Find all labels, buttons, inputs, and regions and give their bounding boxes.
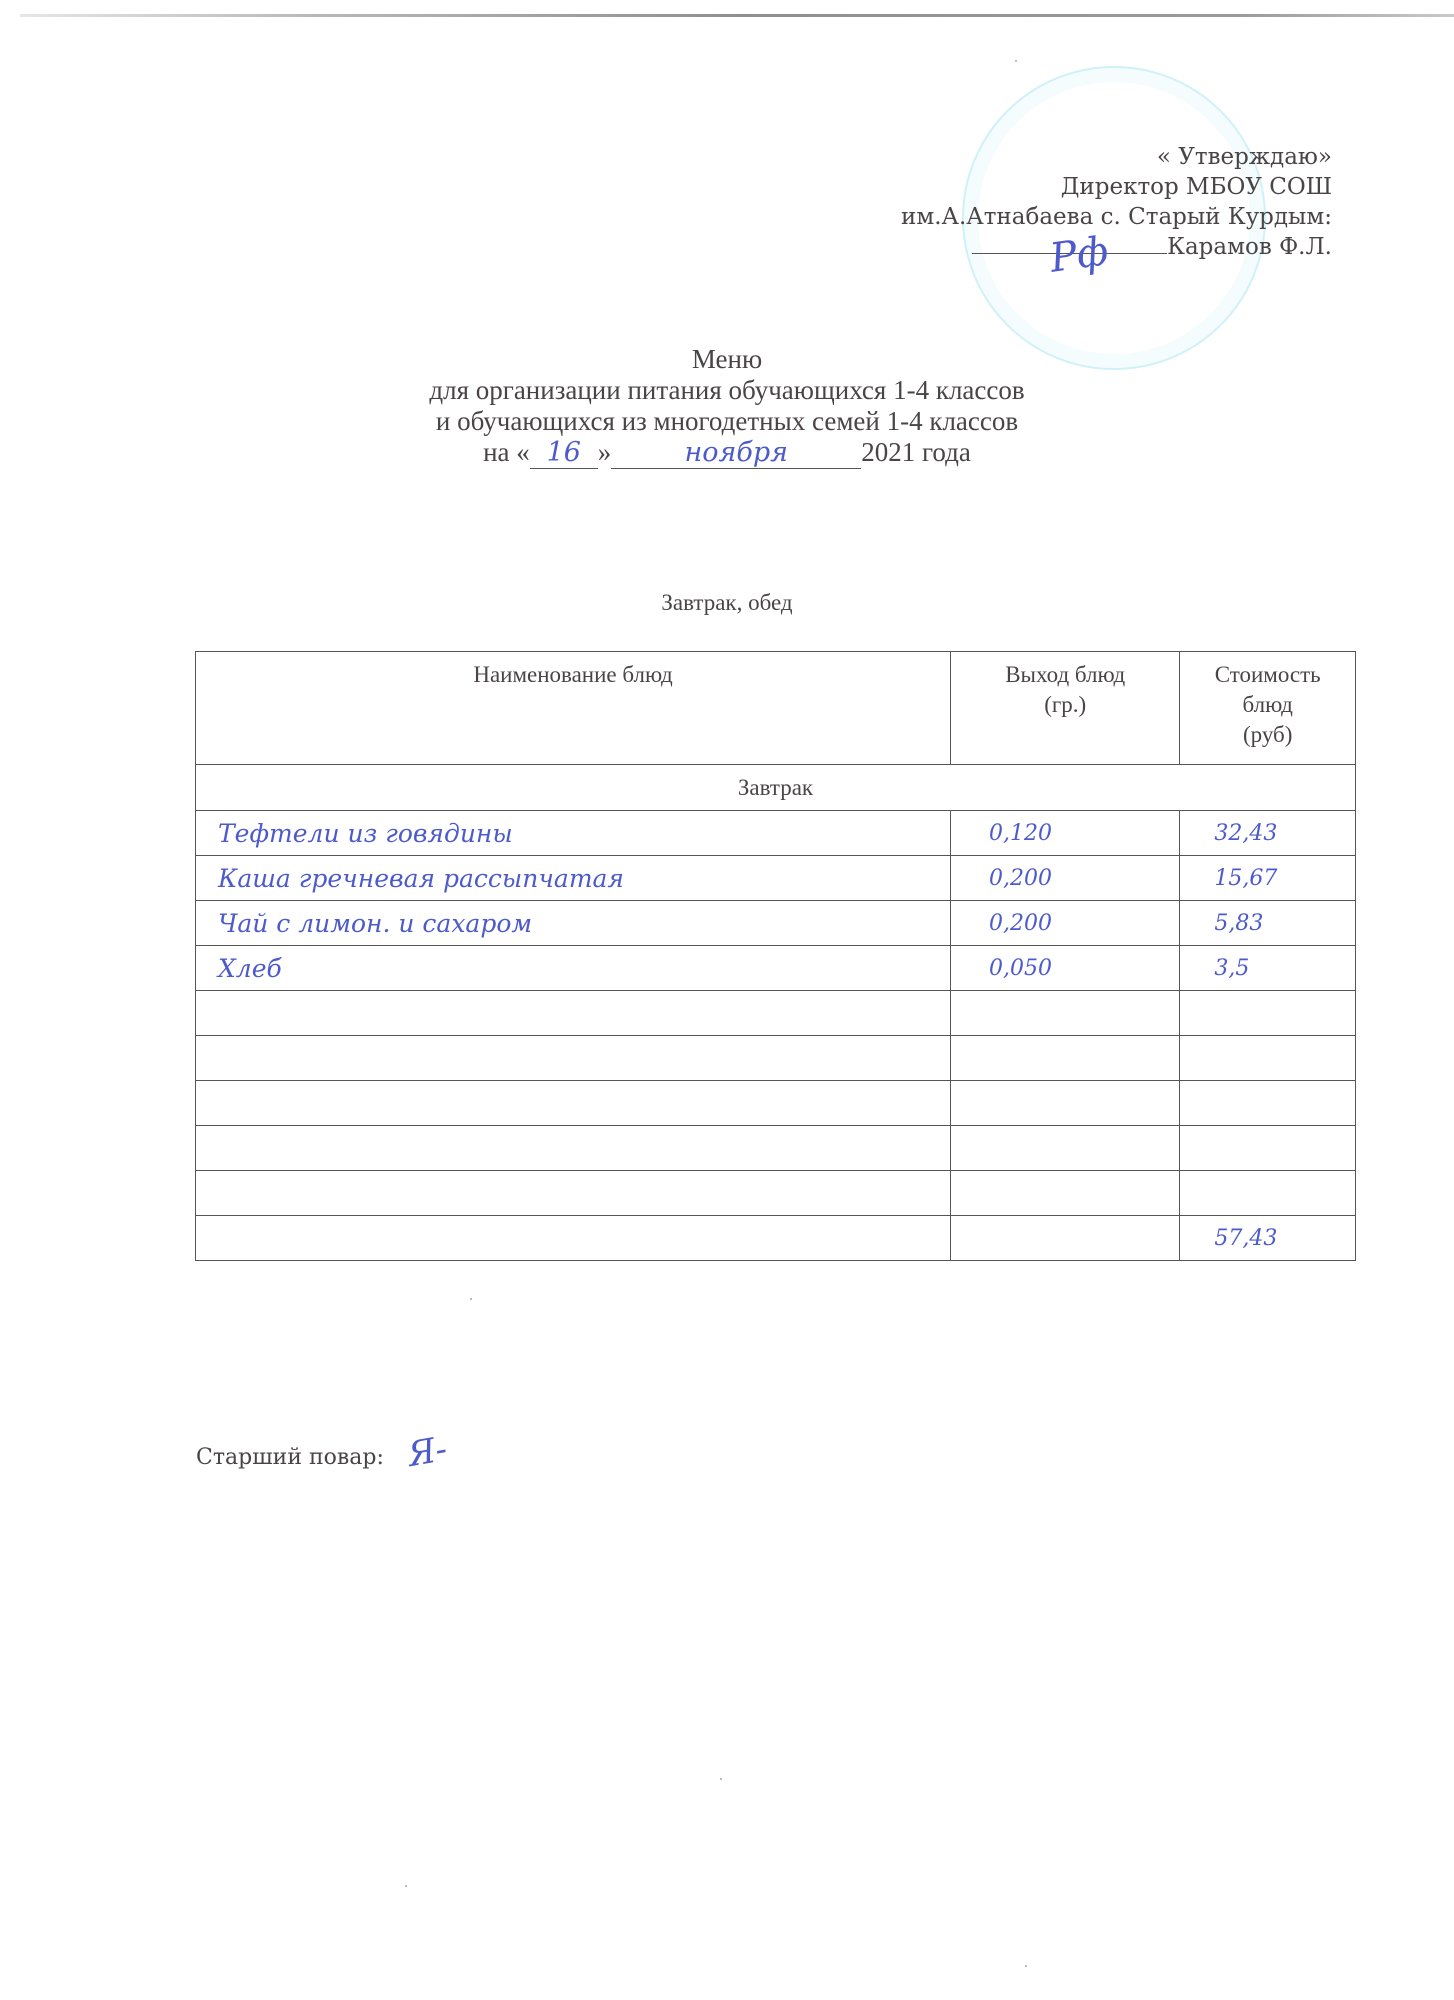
section-row: Завтрак bbox=[196, 765, 1356, 811]
header-dish-name: Наименование блюд bbox=[196, 652, 951, 765]
table-row: Хлеб0,0503,5 bbox=[196, 946, 1356, 991]
date-month: ноября bbox=[611, 437, 861, 469]
price-cell bbox=[1180, 1036, 1356, 1081]
scan-speck bbox=[1015, 60, 1017, 62]
scan-speck bbox=[1025, 1965, 1027, 1967]
approval-position: Директор МБОУ СОШ bbox=[901, 172, 1332, 202]
price-cell bbox=[1180, 1126, 1356, 1171]
dish-name-cell: Каша гречневая рассыпчатая bbox=[196, 856, 951, 901]
scan-speck bbox=[720, 1778, 722, 1780]
yield-cell: 0,200 bbox=[951, 856, 1180, 901]
dish-name-cell: Чай с лимон. и сахаром bbox=[196, 901, 951, 946]
yield-cell: 0,050 bbox=[951, 946, 1180, 991]
document-title: Меню для организации питания обучающихся… bbox=[0, 344, 1454, 469]
table-row bbox=[196, 1036, 1356, 1081]
dish-name-cell bbox=[196, 1171, 951, 1216]
price-cell: 57,43 bbox=[1180, 1216, 1356, 1261]
price-cell bbox=[1180, 1171, 1356, 1216]
title-line-3: и обучающихся из многодетных семей 1-4 к… bbox=[0, 406, 1454, 437]
yield-cell bbox=[951, 1036, 1180, 1081]
section-breakfast: Завтрак bbox=[196, 765, 1356, 811]
header-price: Стоимость блюд (руб) bbox=[1180, 652, 1356, 765]
price-cell: 3,5 bbox=[1180, 946, 1356, 991]
title-line-2: для организации питания обучающихся 1-4 … bbox=[0, 375, 1454, 406]
date-day: 16 bbox=[530, 437, 598, 469]
yield-cell bbox=[951, 1171, 1180, 1216]
price-cell bbox=[1180, 991, 1356, 1036]
approval-heading: « Утверждаю» bbox=[901, 142, 1332, 172]
dish-name-cell bbox=[196, 1081, 951, 1126]
menu-table: Наименование блюд Выход блюд (гр.) Стоим… bbox=[195, 651, 1356, 1261]
yield-cell: 0,200 bbox=[951, 901, 1180, 946]
yield-cell bbox=[951, 1126, 1180, 1171]
title-date: на «16»ноября2021 года bbox=[0, 437, 1454, 469]
dish-name-cell bbox=[196, 1036, 951, 1081]
dish-name-cell bbox=[196, 1126, 951, 1171]
scan-edge-line bbox=[20, 14, 1454, 17]
approval-block: « Утверждаю» Директор МБОУ СОШ им.А.Атна… bbox=[901, 142, 1332, 262]
approval-signer: Карамов Ф.Л. bbox=[1167, 234, 1332, 260]
price-cell: 32,43 bbox=[1180, 811, 1356, 856]
yield-cell bbox=[951, 1216, 1180, 1261]
table-row: Чай с лимон. и сахаром0,2005,83 bbox=[196, 901, 1356, 946]
cook-signature: Я- bbox=[405, 1429, 450, 1475]
dish-name-cell bbox=[196, 991, 951, 1036]
date-year: 2021 года bbox=[861, 437, 971, 467]
price-cell: 15,67 bbox=[1180, 856, 1356, 901]
dish-name-cell: Хлеб bbox=[196, 946, 951, 991]
scan-speck bbox=[405, 1885, 407, 1887]
table-header-row: Наименование блюд Выход блюд (гр.) Стоим… bbox=[196, 652, 1356, 765]
meal-caption: Завтрак, обед bbox=[0, 590, 1454, 616]
table-row: Тефтели из говядины0,12032,43 bbox=[196, 811, 1356, 856]
table-row bbox=[196, 1081, 1356, 1126]
scan-speck bbox=[470, 1298, 472, 1300]
table-row bbox=[196, 1126, 1356, 1171]
price-cell: 5,83 bbox=[1180, 901, 1356, 946]
director-signature: Рф bbox=[1047, 228, 1111, 282]
yield-cell: 0,120 bbox=[951, 811, 1180, 856]
total-row: 57,43 bbox=[196, 1216, 1356, 1261]
table-row bbox=[196, 1171, 1356, 1216]
yield-cell bbox=[951, 991, 1180, 1036]
approval-organization: им.А.Атнабаева с. Старый Курдым: bbox=[901, 202, 1332, 232]
title-line-1: Меню bbox=[0, 344, 1454, 375]
dish-name-cell bbox=[196, 1216, 951, 1261]
dish-name-cell: Тефтели из говядины bbox=[196, 811, 951, 856]
table-row bbox=[196, 991, 1356, 1036]
table-row: Каша гречневая рассыпчатая0,20015,67 bbox=[196, 856, 1356, 901]
cook-label: Старший повар: bbox=[196, 1445, 384, 1470]
header-yield: Выход блюд (гр.) bbox=[951, 652, 1180, 765]
price-cell bbox=[1180, 1081, 1356, 1126]
yield-cell bbox=[951, 1081, 1180, 1126]
